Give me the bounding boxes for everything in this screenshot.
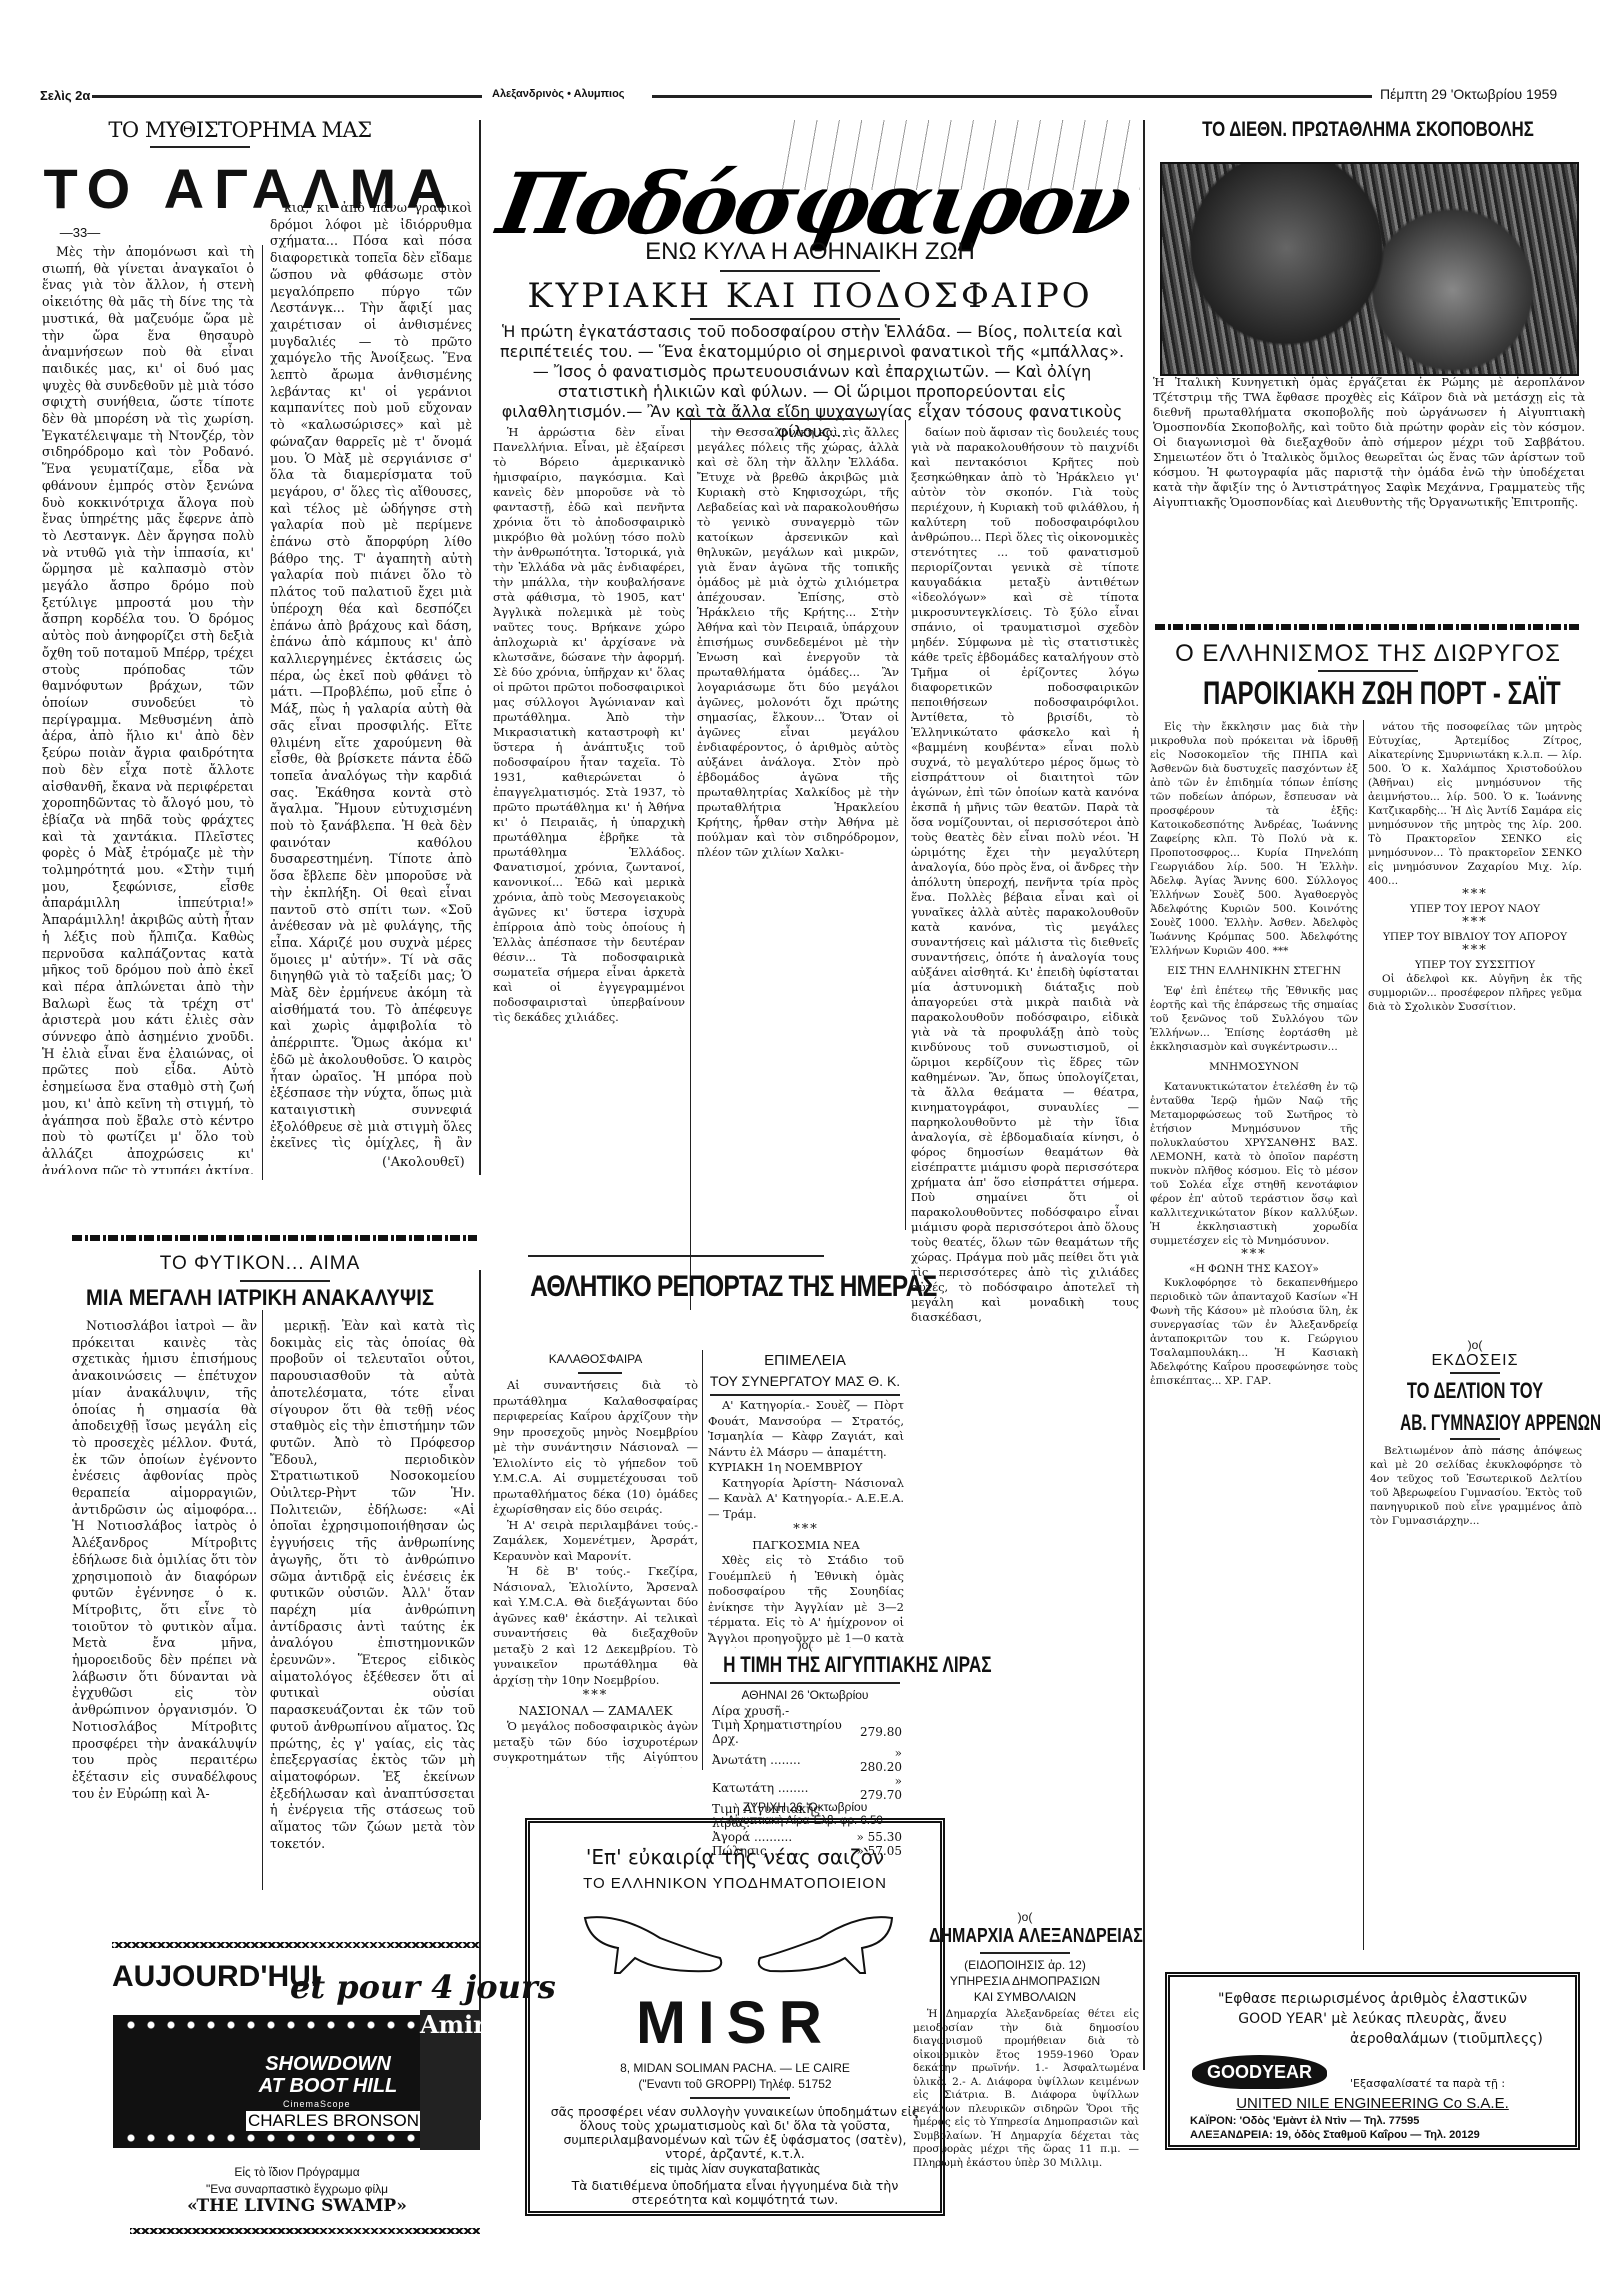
rate-label: Ἀνωτάτη ........ <box>710 1746 851 1774</box>
basketball-heading: ΚΑΛΑΘΟΣΦΑΙΡΑ <box>493 1352 698 1366</box>
bulletin-title: ΤΟ ΔΕΛΤΙΟΝ ΤΟΥ <box>1395 1378 1556 1404</box>
masthead: Σελὶς 2α Αλεξανδρινὸς • Αλυμπιος Πέμπτη … <box>40 88 1565 102</box>
basketball-text: Ἡ δὲ Β' τούς.- Γκεζίρα, Νάσιοναλ, Ἑλιολί… <box>493 1564 698 1688</box>
cinema-today: AUJOURD'HUI <box>112 1960 319 1994</box>
canteen-text: Οἱ ἀδελφοὶ κκ. Αὐγῆνη ἐκ τῆς συμμοριῶν..… <box>1368 972 1582 1014</box>
shooting-title: ΤΟ ΔΙΕΘΝ. ΠΡΩΤΑΘΛΗΜΑ ΣΚΟΠΟΒΟΛΗΣ <box>1192 118 1544 142</box>
masthead-rule-left <box>92 95 482 98</box>
municipality-separator: )o( <box>911 1910 1139 1924</box>
match-text: Ὁ μεγάλος ποδοσφαιρικὸς ἀγὼν μεταξὺ τῶν … <box>493 1719 698 1768</box>
football-deck: Ἡ πρώτη ἐγκατάστασις τοῦ ποδοσφαίρου στὴ… <box>497 322 1127 442</box>
bulletin-text: Βελτιωμένον ἀπὸ πάσης ἀπόψεως καὶ μὲ 20 … <box>1370 1444 1582 1528</box>
column-text: Α' Κατηγορία.- Σουὲζ — Πὸρτ Φουάτ, Μανσο… <box>708 1398 904 1460</box>
film-title: SHOWDOWN AT BOOT HILL <box>258 2053 398 2097</box>
football-kicker: ΕΝΩ ΚΥΛΑ Η ΑΘΗΝΑΙΚΗ ΖΩΗ <box>480 238 1140 266</box>
rate-value: » 280.20 <box>851 1746 904 1774</box>
film-star: CHARLES BRONSON <box>246 2111 421 2131</box>
municipality-dept2: ΚΑΙ ΣΥΜΒΟΛΑΙΩΝ <box>911 1990 1139 2004</box>
church-fund-heading: ΥΠΕΡ ΤΟΥ ΙΕΡΟΥ ΝΑΟΥ <box>1368 902 1582 916</box>
goodyear-company: UNITED NILE ENGINEERING Co S.A.E. <box>1170 2095 1575 2112</box>
column-rule <box>1143 120 1145 2070</box>
sunday-heading: ΚΥΡΙΑΚΗ 1η ΝΟΕΜΒΡΙΟΥ <box>708 1460 904 1476</box>
football-text: τὴν Θεσσαλονίκη καὶ τὶς ἄλλες μεγάλες πό… <box>697 425 899 860</box>
port-said-column-2: νάτου τῆς ποσοφείλας τῶν μητρὸς Εὐτυχίας… <box>1368 720 1582 1290</box>
rate-label: Λίρα χρυσῆ.- <box>710 1704 851 1718</box>
stars-divider: *** <box>708 1522 904 1538</box>
column-rule <box>702 1350 703 1770</box>
kasos-heading: «Η ΦΩΝΗ ΤΗΣ ΚΑΣΟΥ» <box>1150 1262 1358 1276</box>
plant-blood-text: μερικῇ. Ἐὰν καὶ κατὰ τὶς δοκιμὰς εἰς τὰς… <box>270 1318 475 1853</box>
football-column-1: Ἡ ἀρρώστια δὲν εἶναι Πανελλήνια. Εἶναι, … <box>493 425 685 1225</box>
shoes-address-2: ("Εναντι τοῦ GROPPI) Τηλέφ. 51752 <box>530 2077 940 2091</box>
football-rule <box>680 418 880 420</box>
church-heading: ΕΙΣ ΤΗΝ ΕΛΛΗΝΙΚΗΝ ΣΤΕΓΗΝ <box>1150 964 1358 978</box>
basketball-column: Αἱ συναντήσεις διὰ τὸ πρωτάθλημα Καλαθοσ… <box>493 1378 698 1768</box>
heading-rule <box>980 1952 1070 1954</box>
ad-border-bottom <box>130 2228 480 2234</box>
continued-label: ('Ακολουθεῖ) <box>382 1155 465 1170</box>
athens-date: ΑΘΗΝΑΙ 26 'Οκτωβρίου <box>706 1688 904 1702</box>
shooting-caption: Ἡ Ἰταλικὴ Κυνηγετικὴ ὁμὰς ἐργάζεται ἐκ Ρ… <box>1153 375 1585 520</box>
match-heading: ΝΑΣΙΟΝΑΛ — ΖΑΜΑΛΕΚ <box>493 1704 698 1720</box>
rate-value <box>851 1704 904 1718</box>
column-body: Α' Κατηγορία.- Σουὲζ — Πὸρτ Φουάτ, Μανσο… <box>708 1398 904 1648</box>
basketball-text: Αἱ συναντήσεις διὰ τὸ πρωτάθλημα Καλαθοσ… <box>493 1378 698 1518</box>
section-divider <box>72 1235 477 1241</box>
goodyear-cairo: ΚΑΪΡΟΝ: 'Οδὸς 'Εμὰντ ἐλ Ντὶν — Τηλ. 7759… <box>1190 2115 1419 2127</box>
football-rule <box>690 318 900 320</box>
paper-name: Αλεξανδρινὸς • Αλυμπιος <box>492 88 625 100</box>
port-said-column-1: Εἰς τὴν ἔκκλησιν μας διὰ τὴν μικροθυλα π… <box>1150 720 1358 1960</box>
basketball-text: Ἡ Α' σειρὰ περιλαμβάνει τούς.- Ζαμάλεκ, … <box>493 1518 698 1565</box>
exchange-title: Η ΤΙΜΗ ΤΗΣ ΑΙΓΥΠΤΙΑΚΗΣ ΛΙΡΑΣ <box>723 1652 887 1678</box>
memorial-text: Κατανυκτικώτατον ἐτελέσθη ἐν τῷ ἐνταῦθα … <box>1150 1080 1358 1248</box>
kasos-text: Κυκλοφόρησε τὸ δεκαπενθήμερο περιοδικὸ τ… <box>1150 1276 1358 1388</box>
rate-value: » 279.70 <box>851 1774 904 1802</box>
plant-blood-rule <box>240 1280 330 1282</box>
municipality-notice: (ΕΙΔΟΠΟΙΗΣΙΣ ἀρ. 12) <box>911 1958 1139 1972</box>
shoes-guarantee: Τὰ διατιθέμενα ὑποδήματα εἶναι ἠγγυημένα… <box>550 2179 920 2207</box>
publications-separator: )o( <box>1368 1338 1582 1352</box>
shoes-headline: 'Επ' εὐκαιρίᾳ τῆς νέας σαιζὸν <box>530 1845 940 1869</box>
column-rule <box>262 245 263 1180</box>
cinema-second-desc: "Ενα συναρπαστικὸ ἔγχρωμο φίλμ <box>112 2182 482 2196</box>
heading-rule <box>578 1372 622 1374</box>
canteen-heading: ΥΠΕΡ ΤΟΥ ΣΥΣΣΙΤΙΟΥ <box>1368 958 1582 972</box>
port-said-kicker: Ο ΕΛΛΗΝΙΣΜΟΣ ΤΗΣ ΔΙΩΡΥΓΟΣ <box>1148 640 1588 668</box>
column-rule <box>690 420 691 1310</box>
cinema-program-note: Εἰς τὸ ἴδιον Πρόγραμμα <box>112 2165 482 2179</box>
novel-installment: —33— <box>50 225 110 240</box>
rate-label: Κατωτάτη ........ <box>710 1774 851 1802</box>
section-divider <box>1155 624 1580 630</box>
novel-kicker: ΤΟ ΜΥΘΙΣΤΟΡΗΜΑ ΜΑΣ <box>60 118 420 142</box>
plant-blood-column-2: μερικῇ. Ἐὰν καὶ κατὰ τὶς δοκιμὰς εἰς τὰς… <box>270 1318 475 1893</box>
sports-report-title: ΑΘΛΗΤΙΚΟ ΡΕΠΟΡΤΑΖ ΤΗΣ ΗΜΕΡΑΣ <box>530 1270 868 1304</box>
column-text: Κατηγορία Ἀρίστη- Νάσιοναλ — Κανὰλ Α' Κα… <box>708 1476 904 1523</box>
port-said-text: νάτου τῆς ποσοφείλας τῶν μητρὸς Εὐτυχίας… <box>1368 720 1582 888</box>
goodyear-headline: "Εφθασε περιωρισμένος ἀριθμὸς ἐλαστικῶν <box>1170 1991 1575 2007</box>
ad-border-top <box>112 1942 480 1948</box>
novel-text: Μὲς τὴν ἀπομόνωσι καὶ τὴ σιωπή, θὰ γίνετ… <box>42 244 254 1174</box>
goodyear-line-2: GOOD YEAR' μὲ λεύκας πλευρὰς, ἄνευ <box>1170 2011 1575 2027</box>
rate-row: Τιμὴ Χρηματιστηρίου Δρχ.279.80 <box>710 1718 904 1746</box>
goodyear-logo: GOODYEAR <box>1192 2055 1327 2089</box>
goodyear-alexandria: ΑΛΕΞΑΝΔΡΕΙΑ: 19, ὁδὸς Σταθμοῦ Καΐρου — Τ… <box>1190 2129 1480 2141</box>
rate-row: Κατωτάτη ........» 279.70 <box>710 1774 904 1802</box>
football-column-3: δαίων ποὺ ἄφισαν τὶς δουλειές τους γιὰ ν… <box>911 425 1139 1905</box>
issue-date: Πέμπτη 29 'Οκτωβρίου 1959 <box>1380 86 1557 102</box>
municipality-dept: ΥΠΗΡΕΣΙΑ ΔΗΜΟΠΡΑΣΙΩΝ <box>911 1974 1139 1988</box>
bulletin-title-2: ΑΒ. ΓΥΜΝΑΣΙΟΥ ΑΡΡΕΝΩΝ <box>1400 1410 1550 1436</box>
heading-rule <box>1450 1438 1500 1440</box>
world-news-heading: ΠΑΓΚΟΣΜΙΑ ΝΕΑ <box>708 1538 904 1554</box>
cinema-days: et pour 4 jours <box>290 1968 556 2006</box>
ad-rule <box>690 2097 790 2099</box>
novel-text: κια, κι' ἀπὸ πάνω γραφικοὶ δρόμοι λόφοι … <box>270 200 472 1150</box>
goodyear-line-3: ἀεροθαλάμων (τιοῦμπλεςς) <box>1350 2031 1543 2047</box>
novel-kicker-rule <box>150 146 250 148</box>
heading-rule <box>710 1394 900 1396</box>
novel-column-1: Μὲς τὴν ἀπομόνωσι καὶ τὴ σιωπή, θὰ γίνετ… <box>42 244 254 1174</box>
plant-blood-text: Νοτιοσλάβοι ἰατροὶ — ἂν πρόκειται καινὲς… <box>72 1318 257 1802</box>
rate-label: Τιμὴ Χρηματιστηρίου Δρχ. <box>710 1718 851 1746</box>
section-divider <box>528 1255 824 1257</box>
municipality-body: Ἡ Δημαρχία Ἀλεξανδρείας θέτει εἰς μειοδο… <box>913 2008 1139 2208</box>
shoes-subhead: ΤΟ ΕΛΛΗΝΙΚΟΝ ΥΠΟΔΗΜΑΤΟΠΟΙΕΙΟΝ <box>530 1875 940 1892</box>
church-text: Ἐφ' ἐπὶ ἐπέτεῳ τῆς Ἐθνικῆς μας ἑορτῆς κα… <box>1150 984 1358 1054</box>
team-photo <box>1160 162 1579 376</box>
memorial-heading: ΜΝΗΜΟΣΥΝΟΝ <box>1150 1060 1358 1074</box>
rate-value: 279.80 <box>851 1718 904 1746</box>
plant-blood-title: ΜΙΑ ΜΕΓΑΛΗ ΙΑΤΡΙΚΗ ΑΝΑΚΑΛΥΨΙΣ <box>58 1285 463 1311</box>
football-text: Ἡ ἀρρώστια δὲν εἶναι Πανελλήνια. Εἶναι, … <box>493 425 685 1025</box>
poor-fund-heading: ΥΠΕΡ ΤΟΥ ΒΙΒΛΙΟΥ ΤΟΥ ΑΠΟΡΟΥ <box>1368 930 1582 944</box>
bulletin-body: Βελτιωμένον ἀπὸ πάσης ἀπόψεως καὶ μὲ 20 … <box>1370 1444 1582 1944</box>
column-subheading: ΤΟΥ ΣΥΝΕΡΓΑΤΟΥ ΜΑΣ Θ. Κ. <box>706 1373 904 1389</box>
municipality-text: Ἡ Δημαρχία Ἀλεξανδρείας θέτει εἰς μειοδο… <box>913 2008 1139 2170</box>
goodyear-ad: "Εφθασε περιωρισμένος ἀριθμὸς ἐλαστικῶν … <box>1165 1972 1580 2150</box>
film-format: CinemaScope <box>283 2099 351 2109</box>
cinema-second-film: «THE LIVING SWAMP» <box>112 2196 482 2216</box>
column-rule <box>262 1310 263 1890</box>
football-title: ΚΥΡΙΑΚΗ ΚΑΙ ΠΟΔΟΣΦΑΙΡΟ <box>480 276 1140 316</box>
shoes-brand: MISR <box>530 1988 940 2057</box>
publications-heading: ΕΚΔΟΣΕΙΣ <box>1368 1352 1582 1370</box>
shoes-illustration <box>580 1913 900 1983</box>
rate-row: Λίρα χρυσῆ.- <box>710 1704 904 1718</box>
marquee-lights <box>121 2132 421 2144</box>
plant-blood-kicker: ΤΟ ΦΥΤΙΚΟΝ... ΑΙΜΑ <box>40 1253 480 1275</box>
page-number: Σελὶς 2α <box>40 88 90 103</box>
shoes-body: σᾶς προσφέρει νέαν συλλογὴν γυναικείων ὑ… <box>550 2105 920 2161</box>
heading-rule <box>1318 670 1418 672</box>
heading-rule <box>1450 1372 1500 1374</box>
marquee-lights <box>121 2019 421 2031</box>
football-rule <box>720 270 880 272</box>
novel-column-2: κια, κι' ἀπὸ πάνω γραφικοὶ δρόμοι λόφοι … <box>270 200 472 1150</box>
shooting-caption-text: Ἡ Ἰταλικὴ Κυνηγετικὴ ὁμὰς ἐργάζεται ἐκ Ρ… <box>1153 375 1585 510</box>
shoes-address: 8, MIDAN SOLIMAN PACHA. — LE CAIRE <box>530 2061 940 2075</box>
port-said-title: ΠΑΡΟΙΚΙΑΚΗ ΖΩΗ ΠΟΡΤ - ΣΑΪΤ <box>1203 675 1533 712</box>
stars-divider: *** <box>493 1688 698 1704</box>
column-heading: ΕΠΙΜΕΛΕΙΑ <box>706 1352 904 1369</box>
heading-rule <box>710 1682 900 1684</box>
masthead-rule-right <box>652 95 1372 98</box>
cinema-name: Amir <box>420 2010 480 2150</box>
world-news-text: Χθὲς εἰς τὸ Στάδιο τοῦ Γουέμπλεϋ ἡ Ἐθνικ… <box>708 1553 904 1648</box>
zurich-date: ΖΥΡΙΧΗ 26 'Οκτωβρίου <box>706 1800 904 1814</box>
goodyear-cta: 'Εξασφαλίσατέ τα παρὰ τῇ : <box>1350 2077 1505 2090</box>
port-said-text: Εἰς τὴν ἔκκλησιν μας διὰ τὴν μικροθυλα π… <box>1150 720 1358 958</box>
rate-row: Ἀνωτάτη ........» 280.20 <box>710 1746 904 1774</box>
municipality-title: ΔΗΜΑΡΧΙΑ ΑΛΕΞΑΝΔΡΕΙΑΣ <box>929 1925 1121 1948</box>
football-column-2: τὴν Θεσσαλονίκη καὶ τὶς ἄλλες μεγάλες πό… <box>697 425 899 1225</box>
shoes-ad: 'Επ' εὐκαιρίᾳ τῆς νέας σαιζὸν ΤΟ ΕΛΛΗΝΙΚ… <box>525 1818 945 2216</box>
shoes-prices: εἰς τιμὰς λίαν συγκαταβατικὰς <box>530 2161 940 2176</box>
column-rule <box>1363 720 1364 1950</box>
cinema-poster: SHOWDOWN AT BOOT HILL CinemaScope CHARLE… <box>113 2015 423 2148</box>
football-text: δαίων ποὺ ἄφισαν τὶς δουλειές τους γιὰ ν… <box>911 425 1139 1325</box>
column-rule <box>905 420 906 1230</box>
plant-blood-column-1: Νοτιοσλάβοι ἰατροὶ — ἂν πρόκειται καινὲς… <box>72 1318 257 1893</box>
exchange-separator: )o( <box>706 1638 904 1652</box>
players-illustration <box>780 120 1140 190</box>
